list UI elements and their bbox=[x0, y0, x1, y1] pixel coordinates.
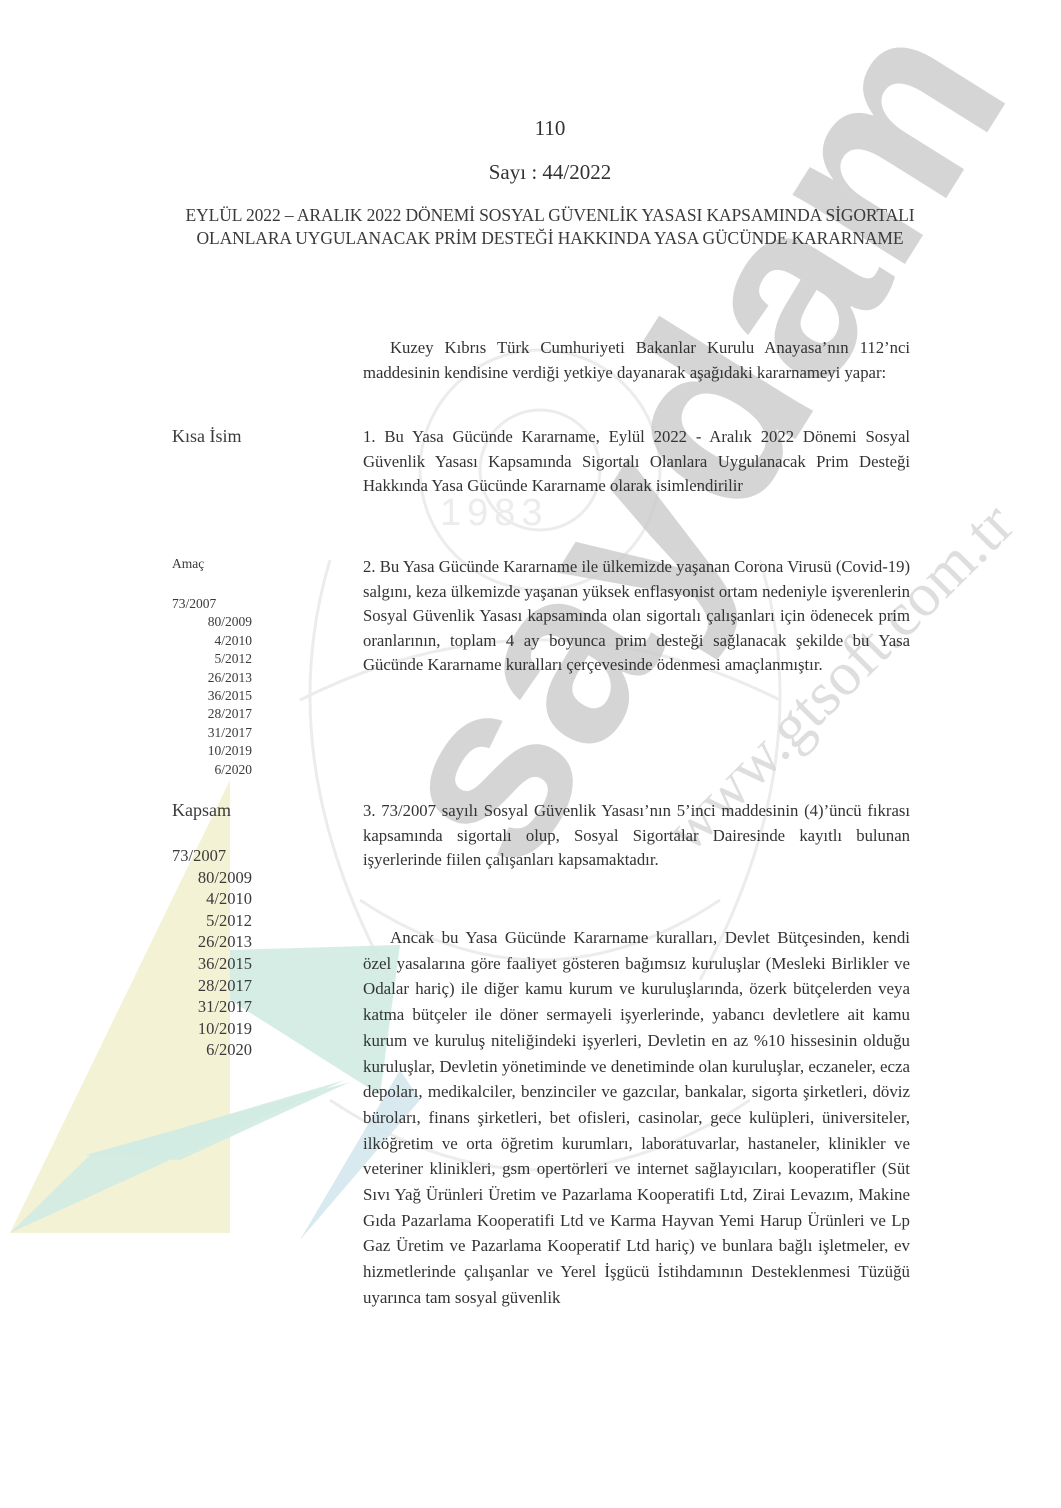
margin-label-scope: Kapsam bbox=[172, 800, 231, 821]
page-number: 110 bbox=[0, 116, 1061, 141]
scope-law-references: 73/2007 80/2009 4/2010 5/2012 26/2013 36… bbox=[172, 845, 252, 1061]
law-ref: 4/2010 bbox=[172, 888, 252, 910]
preamble: Kuzey Kıbrıs Türk Cumhuriyeti Bakanlar K… bbox=[363, 336, 910, 385]
law-ref: 73/2007 bbox=[172, 845, 252, 867]
law-ref: 10/2019 bbox=[172, 1018, 252, 1040]
law-ref: 31/2017 bbox=[172, 996, 252, 1018]
law-ref: 10/2019 bbox=[172, 742, 252, 760]
section-3-exceptions: Ancak bu Yasa Gücünde Kararname kurallar… bbox=[363, 925, 910, 1311]
law-ref: 31/2017 bbox=[172, 724, 252, 742]
law-ref: 6/2020 bbox=[172, 761, 252, 779]
law-ref: 5/2012 bbox=[172, 910, 252, 932]
issue-number: Sayı : 44/2022 bbox=[0, 160, 1061, 185]
law-ref: 80/2009 bbox=[172, 613, 252, 631]
law-ref: 28/2017 bbox=[172, 705, 252, 723]
law-ref: 6/2020 bbox=[172, 1039, 252, 1061]
law-ref: 26/2013 bbox=[172, 669, 252, 687]
law-ref: 4/2010 bbox=[172, 632, 252, 650]
law-ref: 36/2015 bbox=[172, 953, 252, 975]
document-title: EYLÜL 2022 – ARALIK 2022 DÖNEMİ SOSYAL G… bbox=[160, 204, 940, 250]
margin-label-short-name: Kısa İsim bbox=[172, 426, 242, 447]
margin-label-purpose: Amaç bbox=[172, 556, 204, 572]
purpose-law-references: 73/2007 80/2009 4/2010 5/2012 26/2013 36… bbox=[172, 595, 252, 779]
law-ref: 26/2013 bbox=[172, 931, 252, 953]
law-ref: 73/2007 bbox=[172, 595, 252, 613]
section-2-text: 2. Bu Yasa Gücünde Kararname ile ülkemiz… bbox=[363, 555, 910, 678]
law-ref: 80/2009 bbox=[172, 867, 252, 889]
section-1-text: 1. Bu Yasa Gücünde Kararname, Eylül 2022… bbox=[363, 425, 910, 499]
law-ref: 28/2017 bbox=[172, 975, 252, 997]
law-ref: 36/2015 bbox=[172, 687, 252, 705]
law-ref: 5/2012 bbox=[172, 650, 252, 668]
section-3-text: 3. 73/2007 sayılı Sosyal Güvenlik Yasası… bbox=[363, 799, 910, 873]
